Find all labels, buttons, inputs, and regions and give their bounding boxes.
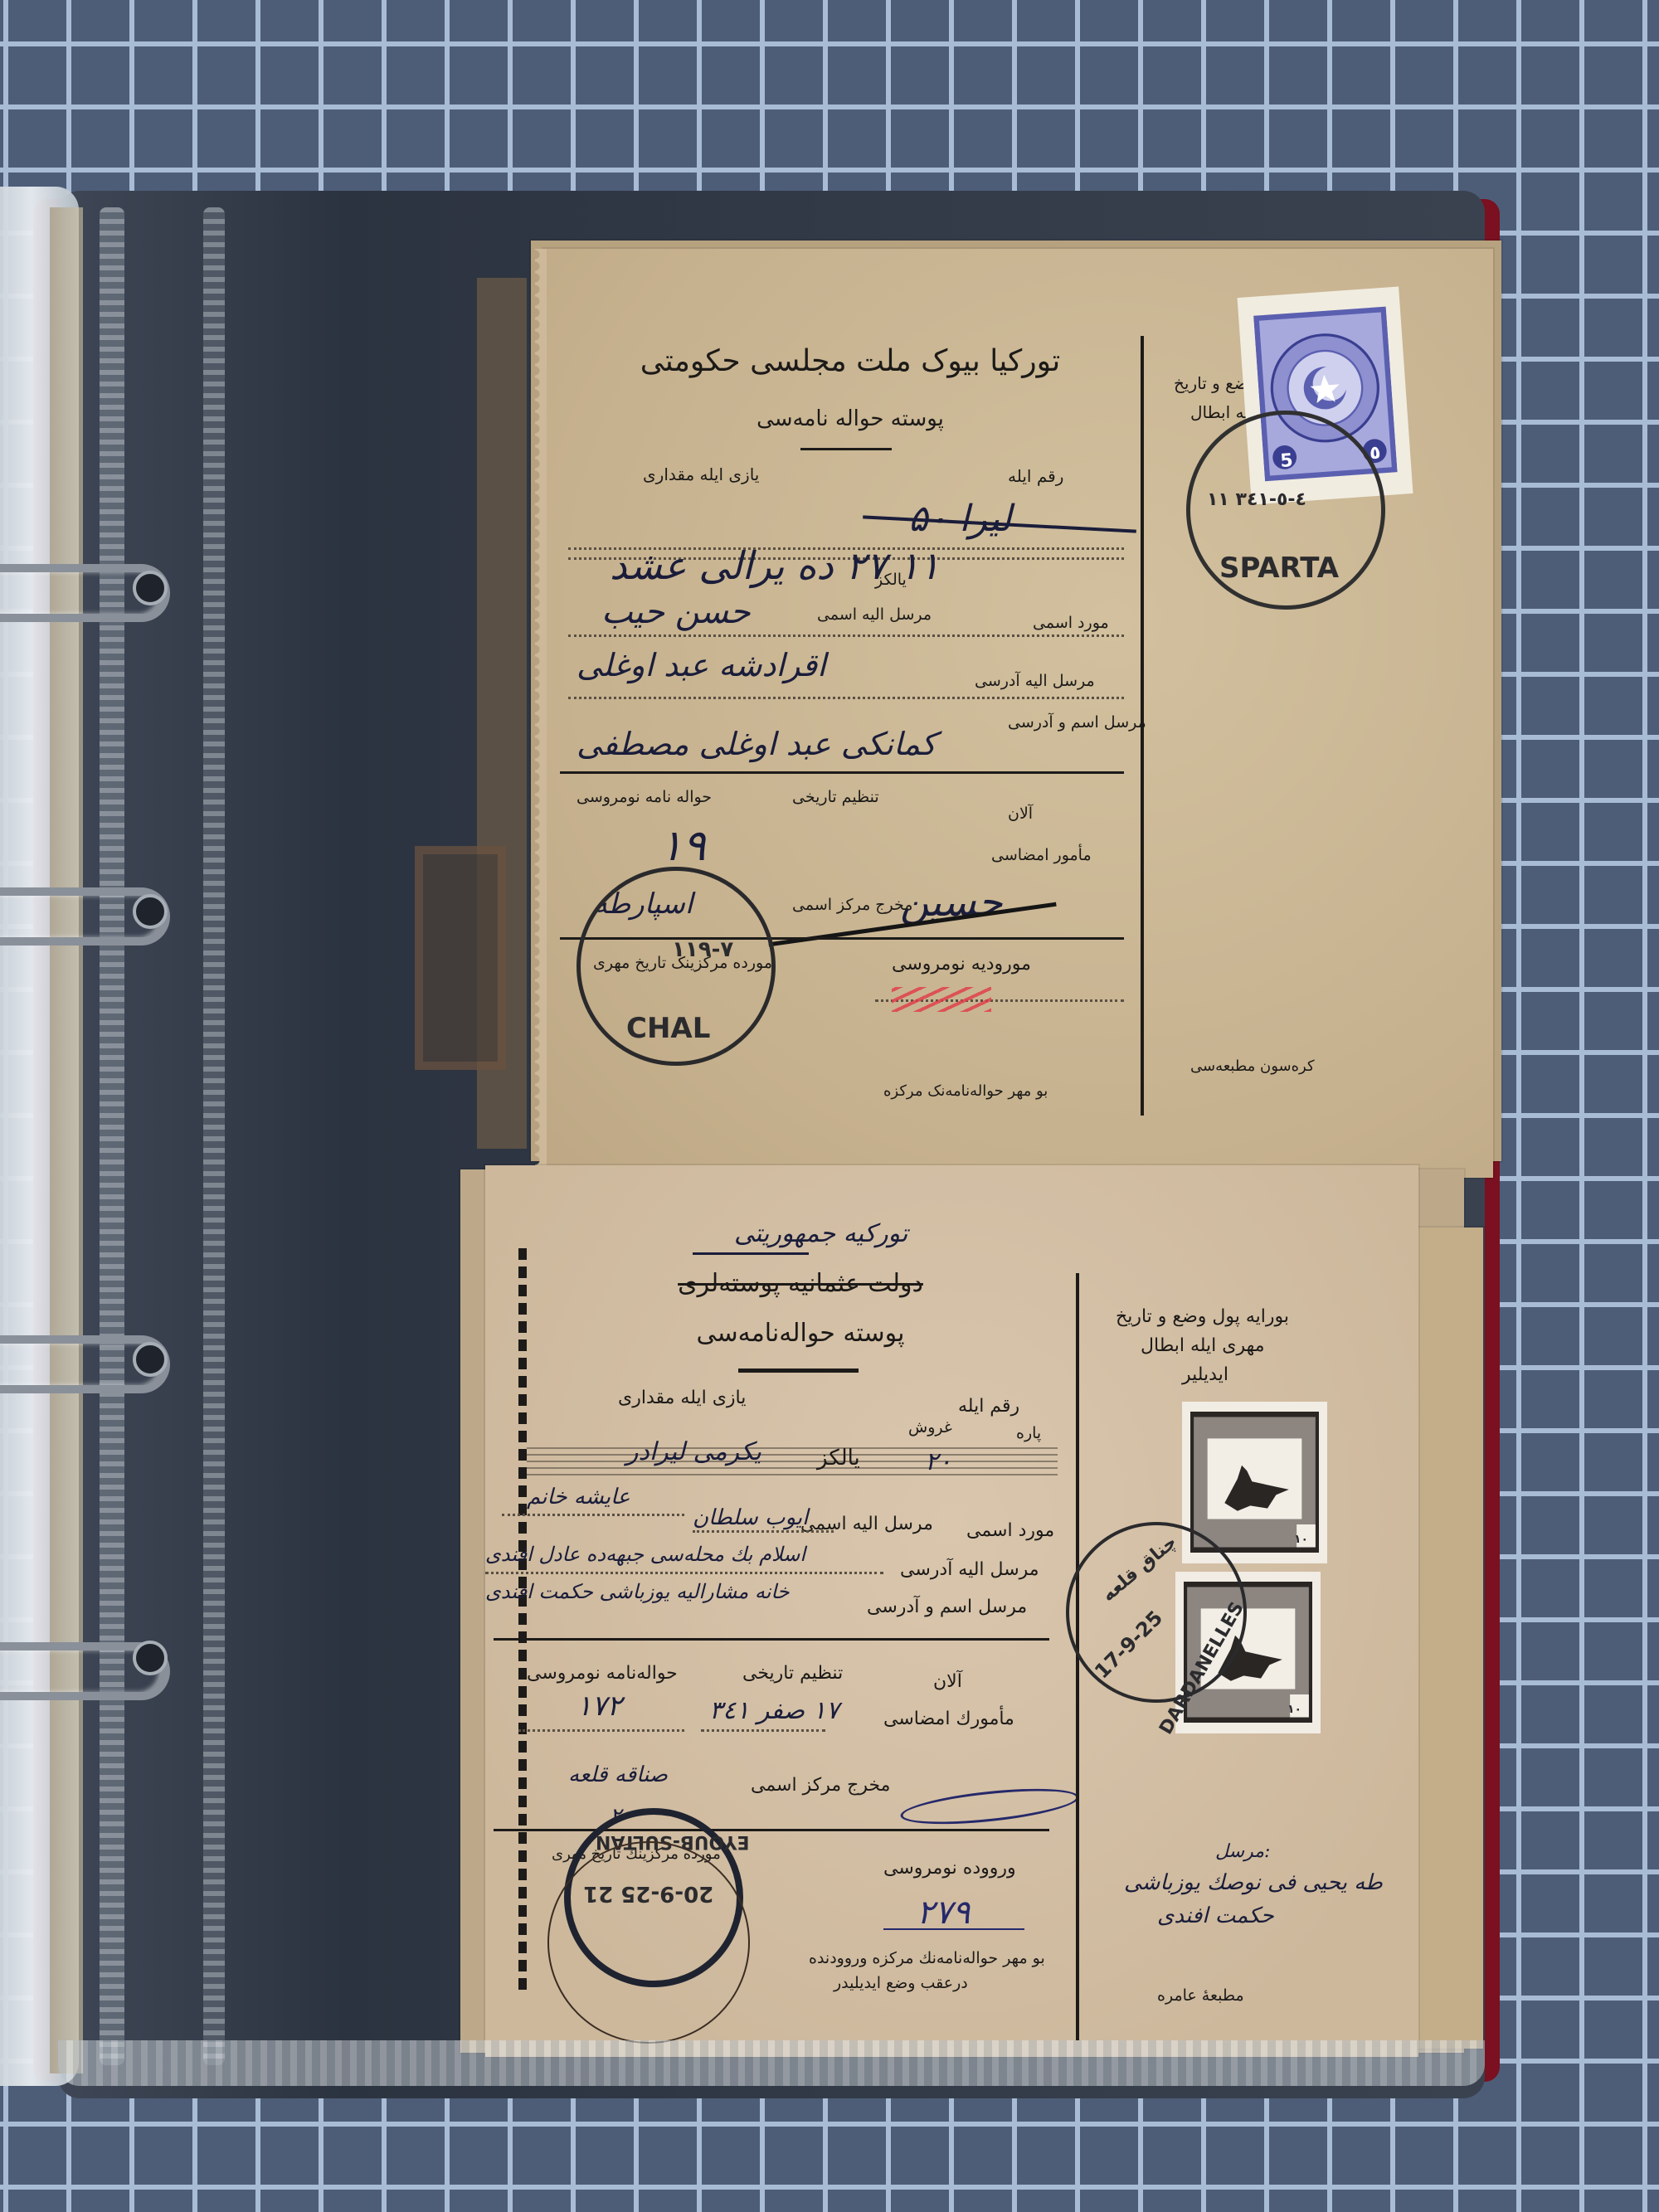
postmark-chal: CHAL ٧-١١٩ — [577, 867, 776, 1066]
unit-label: غروش — [908, 1418, 952, 1437]
unit-label: پاره — [1016, 1424, 1041, 1442]
ring-hole — [133, 571, 168, 605]
currency-label: یالکز — [817, 1446, 860, 1471]
sender-note: طه یحیی فی نوصك یوزباشی — [1124, 1870, 1383, 1895]
field-label: مرسل الیه اسمی — [817, 605, 932, 624]
printer-imprint: مطبعهٔ عامره — [1157, 1986, 1244, 2005]
handwritten-payee: عایشه خانم — [527, 1485, 630, 1510]
handwritten-overprint: تورکیه جمهوریتی — [734, 1219, 907, 1248]
lower-label: مأمور امضاسی — [991, 846, 1092, 864]
printer-imprint: کره‌سون مطبعه‌سی — [1190, 1057, 1315, 1075]
postmark-dardanelles: 17-9-25 DARDANELLES چناق قلعه — [1066, 1522, 1247, 1703]
ring-hole — [133, 1342, 168, 1377]
sleeve-seam — [100, 207, 124, 2065]
lower-label: حواله نامه نومروسی — [577, 788, 712, 806]
struck-header: دولت عثمانیه پوسته‌لری — [676, 1269, 925, 1298]
field-label: مرسل اسم و آدرسی — [867, 1597, 1027, 1617]
field-label: مورد اسمی — [1033, 614, 1109, 632]
handwritten-order-number: ۱۷۲ — [577, 1689, 622, 1723]
lower-label: آلان — [1008, 805, 1033, 823]
ornament-border — [518, 1248, 527, 1995]
section-divider — [560, 771, 1124, 774]
pen-underline — [883, 1928, 1024, 1930]
sender-note: حکمت افندی — [1157, 1903, 1274, 1928]
field-label: مرسل الیه آدرسی — [900, 1559, 1039, 1580]
lower-label: تنظیم تاریخی — [742, 1663, 843, 1684]
handwritten-origin: صناقه قلعه — [568, 1762, 668, 1787]
handwritten-amount-figure: ۲۰ — [925, 1447, 951, 1476]
lower-label: تنظیم تاریخی — [792, 788, 879, 806]
ring-hole — [133, 894, 168, 929]
lower-label: آلان — [933, 1671, 962, 1692]
handwritten-amount-words: یکرمی لیرادر — [626, 1437, 761, 1466]
amount-words-label: یازی ایله مقداری — [643, 464, 759, 484]
left-sleeve-edge — [50, 207, 83, 2073]
handwritten-sender: خانه مشارالیه یوزباشی حکمت افندی — [485, 1580, 790, 1603]
footer-note: درعقب وضع ایدیلیدر — [834, 1974, 968, 1992]
lower-label: مخرج مرکز اسمی — [751, 1775, 890, 1796]
stamp-box-label: مهری ایله ابطال — [1141, 1335, 1265, 1356]
money-order-card-bottom: تورکیه جمهوریتی دولت عثمانیه پوسته‌لری پ… — [485, 1165, 1418, 2057]
amount-lines — [527, 1447, 1058, 1480]
pen-underline — [693, 1252, 809, 1255]
sender-note: مرسل: — [1215, 1841, 1270, 1862]
arrival-number: ۲۷۹ — [917, 1894, 970, 1932]
ornament-rule — [800, 448, 892, 450]
sleeve-bottom-seam — [58, 2040, 1485, 2086]
stamp-box-label: بورایه پول وضع و تاریخ — [1116, 1306, 1289, 1327]
postmark-sparta: SPARTA ٤-٥-٣٤١ ١١ — [1186, 411, 1385, 610]
card-title: پوسته حواله‌نامه‌سی — [676, 1319, 925, 1348]
field-label: مرسل الیه آدرسی — [975, 672, 1095, 690]
footer-note: بو مهر حواله‌نامه‌نک مرکزه — [883, 1082, 1048, 1100]
card-title: پوسته حواله نامه‌سی — [601, 406, 1099, 431]
card-bottom-edge — [1410, 1228, 1483, 2049]
handwritten-address: اقرادشه عبد اوغلی — [577, 647, 826, 683]
currency-label: یالکز — [875, 571, 907, 589]
amount-figure-label: رقم ایله — [1008, 466, 1063, 486]
seal-guide-circle — [547, 1841, 750, 2044]
card-divider — [1141, 336, 1144, 1116]
ring-hole — [133, 1641, 168, 1675]
handwritten-order-number: ۱۹ — [659, 821, 706, 871]
sleeve-seam — [203, 207, 225, 2065]
arrival-number-label: مورودیه نومروسی — [892, 954, 1031, 975]
lower-label: مخرج مرکز اسمی — [792, 896, 912, 914]
field-label: مورد اسمی — [966, 1520, 1054, 1541]
footer-note: بو مهر حواله‌نامه‌نك مرکزه وروودنده — [809, 1949, 1045, 1967]
lower-label: مأمورك امضاسی — [883, 1709, 1014, 1729]
ornament-rule — [738, 1369, 859, 1373]
red-pencil-mark — [892, 987, 991, 1012]
handwritten-sender: کمانکی عبد اوغلی مصطفی — [577, 726, 937, 762]
signature — [899, 1782, 1081, 1830]
money-order-card-top: تورکیا بیوک ملت مجلسی حکومتی پوسته حواله… — [543, 249, 1493, 1178]
reverse-stamp-shadow — [415, 846, 506, 1070]
amount-figure-label: رقم ایله — [958, 1396, 1019, 1417]
arrival-number-label: ورووده نومروسی — [883, 1858, 1016, 1879]
handwritten-name: ایوب سلطان — [693, 1505, 808, 1530]
field-label: مرسل اسم و آدرسی — [1008, 713, 1146, 732]
lower-label: حواله‌نامه نومروسی — [527, 1663, 678, 1684]
handwritten-address: اسلام بك محله‌سی جبهه‌ده عادل افندی — [485, 1543, 805, 1566]
handwritten-date: ١٧ صفر ٣٤١ — [709, 1696, 839, 1725]
card-header: تورکیا بیوک ملت مجلسی حکومتی — [601, 344, 1099, 378]
amount-words-label: یازی ایله مقداری — [618, 1388, 746, 1408]
section-divider — [494, 1638, 1049, 1641]
handwritten-payee: حسن حیب — [601, 593, 751, 631]
stamp-box-label: ایدیلیر — [1182, 1364, 1228, 1385]
section-divider — [494, 1829, 1049, 1831]
